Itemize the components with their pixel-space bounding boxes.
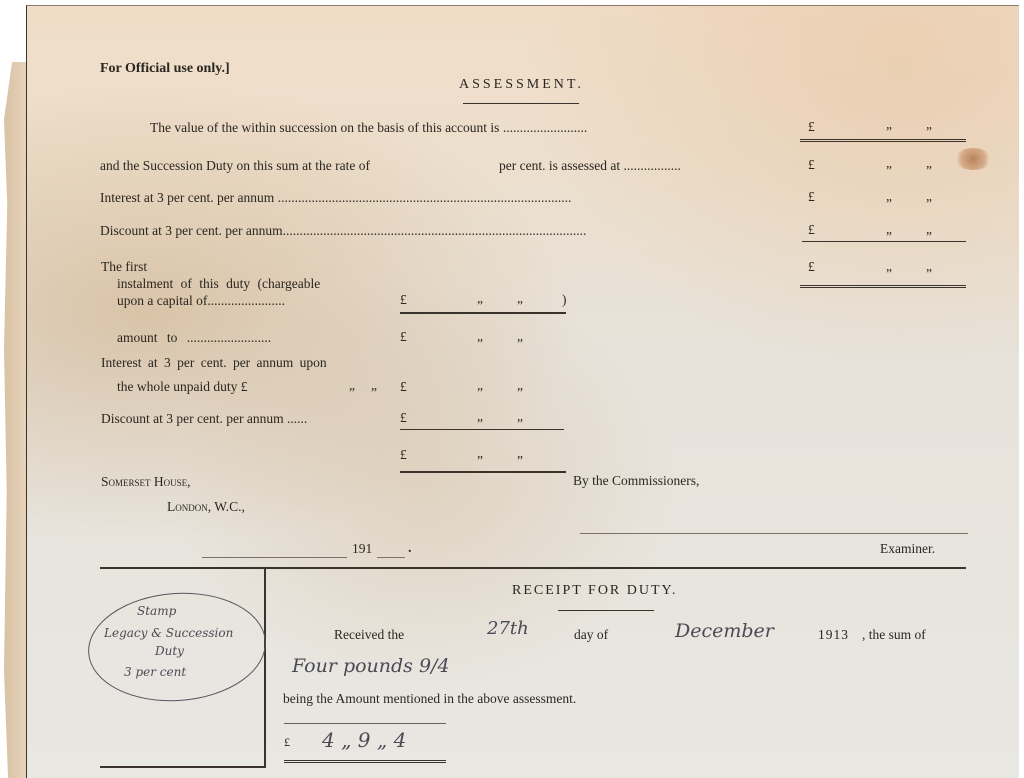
examiner-label: Examiner.: [880, 541, 935, 557]
receipt-year: 1913: [818, 627, 849, 643]
stamp-note-line-4: 3 per cent: [124, 665, 186, 679]
row-leader: .................: [620, 158, 681, 173]
ditto-mark: ”: [886, 266, 892, 282]
day-of-label: day of: [574, 627, 608, 643]
date-year-prefix: 191: [352, 541, 372, 557]
ditto-mark: ”: [926, 163, 932, 179]
title-underline: [463, 103, 579, 104]
paper-stain: [954, 148, 992, 170]
ditto-mark: ”: [371, 385, 377, 401]
ditto-mark: ”: [517, 385, 523, 401]
amount-to-label: amount to .........................: [117, 330, 271, 346]
stamp-note-line-3: Duty: [155, 644, 184, 658]
official-use-note: For Official use only.]: [100, 61, 230, 77]
pound-sign: £: [400, 329, 407, 345]
row-label: per cent. is assessed at: [499, 158, 620, 173]
ditto-mark: ”: [517, 336, 523, 352]
amount-in-figures[interactable]: 4 „ 9 „ 4: [322, 728, 406, 752]
pound-sign: £: [808, 119, 815, 135]
assessment-row-duty-cont: per cent. is assessed at ...............…: [499, 158, 681, 174]
stamp-box-divider: [264, 568, 266, 768]
ditto-mark: ”: [886, 196, 892, 212]
being-amount-text: being the Amount mentioned in the above …: [283, 691, 576, 707]
pound-sign: £: [808, 157, 815, 173]
row-leader: ........................................…: [274, 190, 571, 205]
discount-underline: [802, 241, 966, 242]
stamp-box-bottom: [100, 766, 265, 768]
pound-sign: £: [400, 410, 407, 426]
ditto-mark: ”: [477, 385, 483, 401]
stamp-note-line-1: Stamp: [137, 604, 176, 618]
value-underline: [800, 139, 966, 142]
address-line-2: London, W.C.,: [167, 499, 245, 515]
amount-top-line: [284, 723, 446, 724]
receipt-pound-sign: £: [284, 735, 290, 750]
sum-of-label: , the sum of: [862, 627, 926, 643]
receipt-title: RECEIPT FOR DUTY.: [512, 583, 677, 599]
stamp-note-line-2: Legacy & Succession: [104, 626, 233, 640]
instalment-line-3: upon a capital of.......................: [117, 293, 285, 309]
ditto-mark: ”: [926, 124, 932, 140]
receipt-title-underline: [558, 610, 654, 611]
date-year-blank[interactable]: [377, 557, 405, 558]
date-blank-line[interactable]: [202, 557, 347, 558]
row-label: Discount at 3 per cent. per annum: [100, 223, 283, 238]
pound-sign: £: [808, 189, 815, 205]
interest-upon-line-2: the whole unpaid duty £: [117, 379, 247, 395]
day-value[interactable]: 27th: [487, 618, 529, 639]
total-underline: [800, 285, 966, 288]
pound-sign: £: [400, 292, 407, 308]
capital-close-paren: ): [562, 292, 567, 308]
receipt-top-border: [100, 567, 966, 569]
discount-instalment-underline: [400, 429, 564, 430]
ditto-mark: ”: [886, 229, 892, 245]
instalment-sum-underline: [400, 471, 566, 473]
month-value[interactable]: December: [675, 620, 774, 642]
examiner-signature-line[interactable]: [580, 533, 968, 534]
address-line-1: Somerset House,: [101, 474, 191, 490]
row-label: The value of the within succession on th…: [150, 120, 499, 135]
capital-underline: [400, 312, 566, 314]
pound-sign: £: [400, 379, 407, 395]
row-label: Interest at 3 per cent. per annum: [100, 190, 274, 205]
amount-double-underline: [284, 760, 446, 763]
ditto-mark: ”: [517, 453, 523, 469]
discount-instalment-label: Discount at 3 per cent. per annum ......: [101, 411, 307, 427]
amount-in-words[interactable]: Four pounds 9/4: [292, 655, 450, 677]
date-period: .: [408, 541, 412, 557]
interest-upon-line-1: Interest at 3 per cent. per annum upon: [101, 355, 327, 371]
assessment-row-discount: Discount at 3 per cent. per annum.......…: [100, 223, 586, 239]
ditto-mark: ”: [349, 385, 355, 401]
assessment-title: ASSESSMENT.: [459, 77, 584, 93]
row-label: and the Succession Duty on this sum at t…: [100, 158, 370, 173]
row-leader: .........................: [499, 120, 587, 135]
ditto-mark: ”: [886, 124, 892, 140]
assessment-row-duty: and the Succession Duty on this sum at t…: [100, 158, 370, 174]
ditto-mark: ”: [477, 336, 483, 352]
received-the-label: Received the: [334, 627, 404, 643]
instalment-line-1: The first: [101, 259, 147, 275]
pound-sign: £: [808, 222, 815, 238]
ditto-mark: ”: [926, 229, 932, 245]
by-commissioners: By the Commissioners,: [573, 473, 699, 489]
row-leader: ........................................…: [283, 223, 587, 238]
ditto-mark: ”: [926, 196, 932, 212]
instalment-line-2: instalment of this duty (chargeable: [117, 276, 320, 292]
assessment-row-interest: Interest at 3 per cent. per annum ......…: [100, 190, 571, 206]
assessment-row-value: The value of the within succession on th…: [150, 120, 587, 136]
pound-sign: £: [400, 447, 407, 463]
pound-sign: £: [808, 259, 815, 275]
ditto-mark: ”: [886, 163, 892, 179]
ditto-mark: ”: [926, 266, 932, 282]
ditto-mark: ”: [477, 453, 483, 469]
